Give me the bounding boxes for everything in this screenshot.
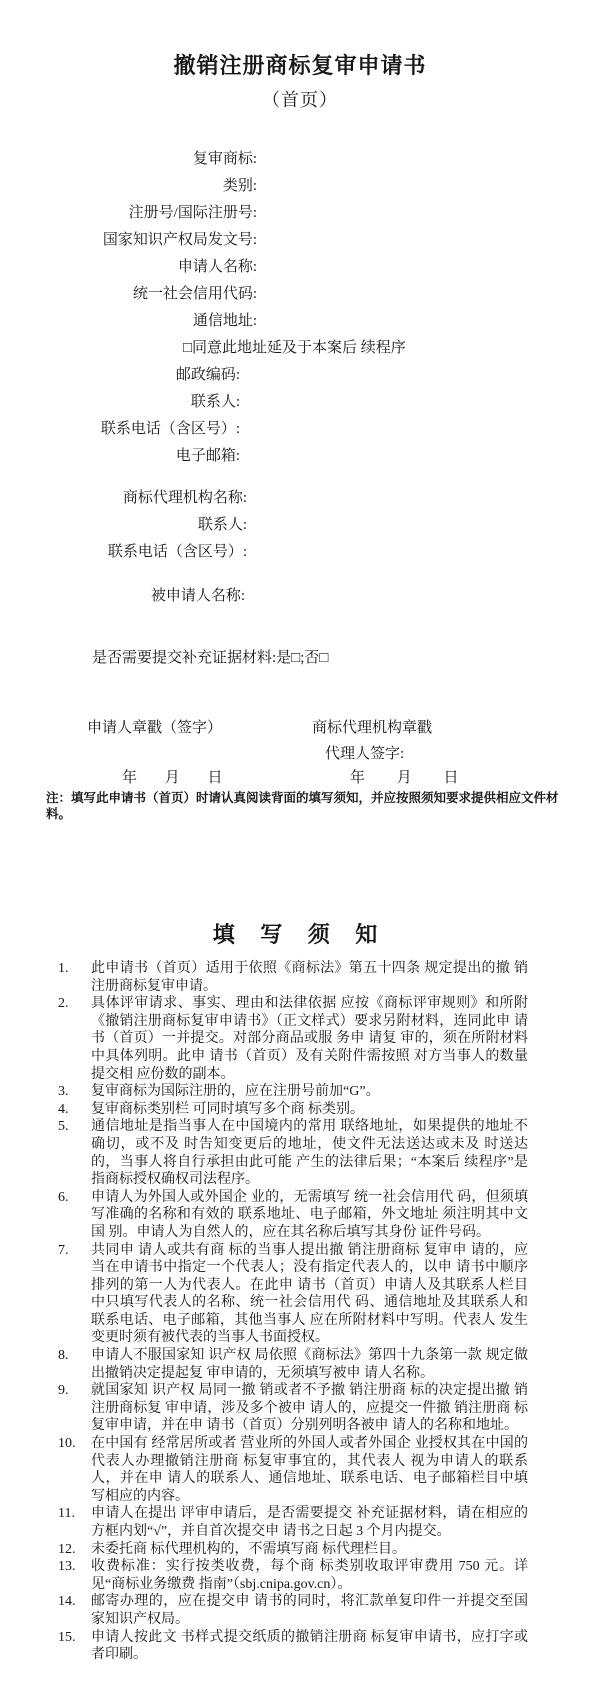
row-review-mark: 复审商标: [0, 146, 600, 173]
item-number: 8. [58, 1347, 69, 1365]
field-label-respondent-name: 被申请人名称: [0, 583, 245, 610]
row-agency-name: 商标代理机构名称: [0, 485, 600, 512]
instruction-item-13: 13.收费标准：实行按类收费，每个商 标类别收取评审费用 750 元。详见“商标… [58, 1558, 528, 1593]
row-postcode: 邮政编码: [0, 362, 600, 389]
instruction-item-12: 12.未委托商 标代理机构的，不需填写商 标代理栏目。 [58, 1541, 528, 1559]
instructions-list: 1.此申请书（首页）适用于依照《商标法》第五十四条 规定提出的撤 销注册商标复审… [58, 960, 528, 1664]
instruction-item-7: 7.共同申 请人或共有商 标的当事人提出撤 销注册商标 复审申 请的，应当在申请… [58, 1242, 528, 1348]
row-cnipa-doc-number: 国家知识产权局发文号: [0, 227, 600, 254]
item-text: 具体评审请求、事实、理由和法律依据 应按《商标评审规则》和所附《撤销注册商标复审… [91, 996, 528, 1081]
item-number: 13. [58, 1558, 76, 1576]
agency-seal-label: 商标代理机构章戳 [312, 716, 432, 737]
agent-signature-label: 代理人签字: [325, 742, 404, 763]
supplement-evidence-row: 是否需要提交补充证据材料:是□;否□ [0, 645, 600, 672]
item-number: 2. [58, 995, 69, 1013]
row-registration-number: 注册号/国际注册号: [0, 200, 600, 227]
application-form-document: 撤销注册商标复审申请书 （首页） 复审商标: 类别: 注册号/国际注册号: 国家… [0, 0, 600, 1697]
field-label-review-mark: 复审商标: [0, 146, 257, 173]
item-number: 14. [58, 1593, 76, 1611]
footer-note: 注：填写此申请书（首页）时请认真阅读背面的填写须知，并应按照须知要求提供相应文件… [0, 790, 600, 822]
row-applicant-name: 申请人名称: [0, 254, 600, 281]
item-number: 7. [58, 1242, 69, 1260]
field-label-agency-phone: 联系电话（含区号）: [0, 539, 247, 566]
row-respondent-name: 被申请人名称: [0, 583, 600, 610]
item-text: 未委托商 标代理机构的，不需填写商 标代理栏目。 [91, 1542, 406, 1557]
date-left: 年 月 日 [122, 766, 223, 787]
field-label-registration-number: 注册号/国际注册号: [0, 200, 257, 227]
item-text: 此申请书（首页）适用于依照《商标法》第五十四条 规定提出的撤 销注册商标复审申请… [91, 961, 528, 994]
instruction-item-10: 10.在中国有 经常居所或者 营业所的外国人或者外国企 业授权其在中国的代表人办… [58, 1435, 528, 1505]
supplement-no-checkbox[interactable]: 否□ [304, 650, 328, 666]
field-label-phone: 联系电话（含区号）: [0, 416, 240, 443]
item-text: 复审商标类别栏 可同时填写多个商 标类别。 [91, 1102, 364, 1117]
form-fields: 复审商标: 类别: 注册号/国际注册号: 国家知识产权局发文号: 申请人名称: … [0, 146, 600, 610]
item-number: 3. [58, 1083, 69, 1101]
instruction-item-8: 8.申请人不服国家知 识产权 局依照《商标法》第四十九条第一款 规定做出撤销决定… [58, 1347, 528, 1382]
item-number: 6. [58, 1189, 69, 1207]
row-agency-phone: 联系电话（含区号）: [0, 539, 600, 566]
item-text: 共同申 请人或共有商 标的当事人提出撤 销注册商标 复审申 请的，应当在申请书中… [91, 1243, 528, 1346]
signature-block: 申请人章戳（签字） 商标代理机构章戳 代理人签字: 年 月 日 年 月 日 [0, 716, 600, 790]
field-label-address: 通信地址: [0, 308, 257, 335]
instruction-item-15: 15.申请人按此文 书样式提交纸质的撤销注册商 标复审申请书，应打字或者印刷。 [58, 1629, 528, 1664]
field-label-cnipa-doc-number: 国家知识产权局发文号: [0, 227, 257, 254]
page-title: 撤销注册商标复审申请书 [0, 0, 600, 80]
row-phone: 联系电话（含区号）: [0, 416, 600, 443]
row-address: 通信地址: [0, 308, 600, 335]
instruction-item-2: 2.具体评审请求、事实、理由和法律依据 应按《商标评审规则》和所附《撤销注册商标… [58, 995, 528, 1083]
row-agency-contact: 联系人: [0, 512, 600, 539]
row-email: 电子邮箱: [0, 443, 600, 470]
instruction-item-5: 5.通信地址是指当事人在中国境内的常用 联络地址，如果提供的地址不确切，或不及 … [58, 1118, 528, 1188]
item-text: 申请人在提出 评审申请后，是否需要提交 补充证据材料，请在相应的方框内划“√”，… [91, 1506, 528, 1539]
field-label-uscc: 统一社会信用代码: [0, 281, 257, 308]
row-class: 类别: [0, 173, 600, 200]
date-right: 年 月 日 [350, 766, 459, 787]
item-number: 9. [58, 1382, 69, 1400]
item-number: 12. [58, 1541, 76, 1559]
supplement-evidence-label: 是否需要提交补充证据材料: [92, 650, 276, 666]
instruction-item-3: 3.复审商标为国际注册的，应在注册号前加“G”。 [58, 1083, 528, 1101]
item-number: 11. [58, 1505, 75, 1523]
instruction-item-11: 11.申请人在提出 评审申请后，是否需要提交 补充证据材料，请在相应的方框内划“… [58, 1505, 528, 1540]
instruction-item-6: 6.申请人为外国人或外国企 业的，无需填写 统一社会信用代 码，但须填写准确的名… [58, 1189, 528, 1242]
instruction-item-14: 14.邮寄办理的，应在提交申 请书的同时，将汇款单复印件一并提交至国家知识产权局… [58, 1593, 528, 1628]
item-text: 在中国有 经常居所或者 营业所的外国人或者外国企 业授权其在中国的代表人办理撤销… [91, 1436, 528, 1504]
item-number: 1. [58, 960, 69, 978]
item-number: 5. [58, 1118, 69, 1136]
item-text: 申请人为外国人或外国企 业的，无需填写 统一社会信用代 码，但须填写准确的名称和… [91, 1190, 528, 1240]
instruction-item-9: 9.就国家知 识产权 局同一撤 销或者不予撤 销注册商 标的决定提出撤 销注册商… [58, 1382, 528, 1435]
instructions-title: 填 写 须 知 [0, 920, 600, 950]
row-address-extend: □同意此地址延及于本案后 续程序 [0, 335, 600, 362]
page-subtitle: （首页） [0, 88, 600, 112]
item-number: 15. [58, 1629, 76, 1647]
field-label-email: 电子邮箱: [0, 443, 240, 470]
instruction-item-4: 4.复审商标类别栏 可同时填写多个商 标类别。 [58, 1101, 528, 1119]
item-text: 申请人不服国家知 识产权 局依照《商标法》第四十九条第一款 规定做出撤销决定提起… [91, 1348, 528, 1381]
field-label-class: 类别: [0, 173, 257, 200]
item-text: 通信地址是指当事人在中国境内的常用 联络地址，如果提供的地址不确切，或不及 时告… [91, 1119, 528, 1187]
item-text: 申请人按此文 书样式提交纸质的撤销注册商 标复审申请书，应打字或者印刷。 [91, 1630, 528, 1663]
instruction-item-1: 1.此申请书（首页）适用于依照《商标法》第五十四条 规定提出的撤 销注册商标复审… [58, 960, 528, 995]
applicant-seal-label: 申请人章戳（签字） [87, 716, 222, 737]
item-text: 就国家知 识产权 局同一撤 销或者不予撤 销注册商 标的决定提出撤 销注册商标复… [91, 1383, 528, 1433]
supplement-yes-checkbox[interactable]: 是□ [276, 650, 300, 666]
address-extend-checkbox[interactable]: □同意此地址延及于本案后 续程序 [183, 340, 406, 356]
item-text: 收费标准：实行按类收费，每个商 标类别收取评审费用 750 元。详见“商标业务缴… [91, 1559, 528, 1592]
item-text: 复审商标为国际注册的，应在注册号前加“G”。 [91, 1084, 380, 1099]
field-label-postcode: 邮政编码: [0, 362, 240, 389]
field-label-applicant-name: 申请人名称: [0, 254, 257, 281]
field-label-agency-name: 商标代理机构名称: [0, 485, 247, 512]
item-number: 10. [58, 1435, 76, 1453]
item-text: 邮寄办理的，应在提交申 请书的同时，将汇款单复印件一并提交至国家知识产权局。 [91, 1594, 528, 1627]
row-uscc: 统一社会信用代码: [0, 281, 600, 308]
item-number: 4. [58, 1101, 69, 1119]
row-contact: 联系人: [0, 389, 600, 416]
field-label-contact: 联系人: [0, 389, 240, 416]
field-label-agency-contact: 联系人: [0, 512, 247, 539]
